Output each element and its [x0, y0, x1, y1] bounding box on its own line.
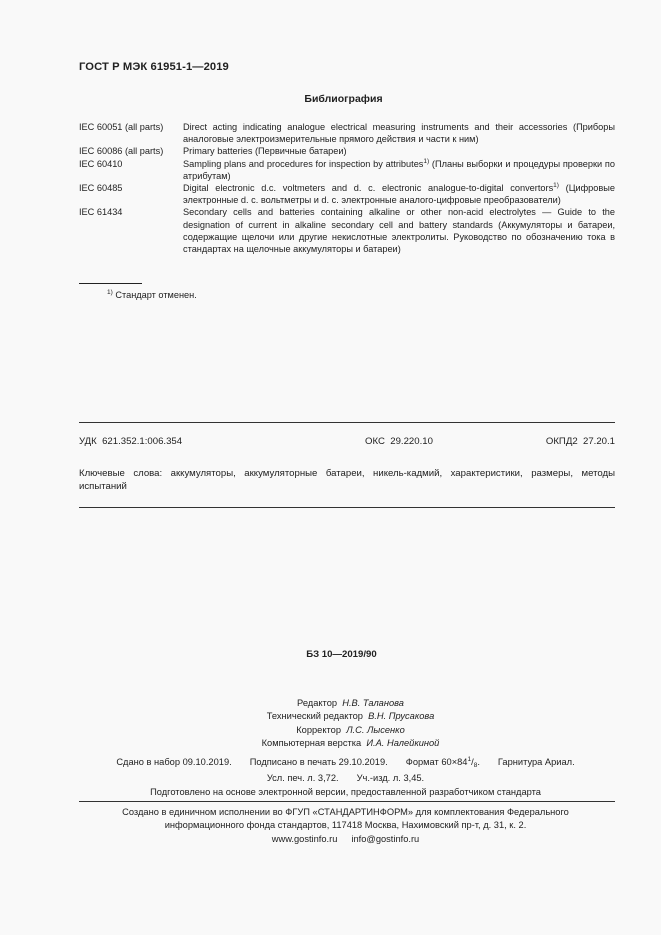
organization-info: Создано в единичном исполнении во ФГУП «…: [0, 806, 661, 846]
print-format: Формат 60×841/8.: [406, 757, 480, 767]
credit-editor: Редактор Н.В. Таланова: [40, 697, 661, 710]
credit-tech-editor: Технический редактор В.Н. Прусакова: [40, 710, 661, 723]
typeface: Гарнитура Ариал.: [498, 757, 575, 767]
signed-date: Подписано в печать 29.10.2019.: [250, 757, 388, 767]
credit-name: И.А. Налейкиной: [366, 738, 439, 748]
divider-org: [79, 801, 615, 802]
credit-name: В.Н. Прусакова: [368, 711, 434, 721]
classification-codes: УДК 621.352.1:006.354 ОКС 29.220.10 ОКПД…: [79, 436, 615, 447]
credit-role: Технический редактор: [267, 711, 363, 721]
footnote: 1) Стандарт отменен.: [107, 290, 197, 300]
entry-text-main: Digital electronic d.c. voltmeters and d…: [183, 183, 553, 193]
entry-text: Sampling plans and procedures for inspec…: [183, 158, 615, 182]
keywords: Ключевые слова: аккумуляторы, аккумулято…: [79, 467, 615, 493]
bz-number: БЗ 10—2019/90: [0, 649, 661, 660]
document-header: ГОСТ Р МЭК 61951-1—2019: [79, 61, 229, 73]
bibliography-entry: IEC 60086 (all parts) Primary batteries …: [79, 145, 615, 157]
credit-proofreader: Корректор Л.С. Лысенко: [40, 724, 661, 737]
format-label: Формат 60×84: [406, 757, 468, 767]
format-suffix: .: [477, 757, 480, 767]
email-link[interactable]: info@gostinfo.ru: [351, 834, 419, 844]
divider-top: [79, 422, 615, 423]
entry-text-main: Sampling plans and procedures for inspec…: [183, 159, 423, 169]
bibliography-entry: IEC 60051 (all parts) Direct acting indi…: [79, 121, 615, 145]
bibliography-entry: IEC 60485 Digital electronic d.c. voltme…: [79, 182, 615, 206]
footnote-divider: [79, 283, 142, 284]
udk-code: УДК 621.352.1:006.354: [79, 436, 182, 447]
bibliography-list: IEC 60051 (all parts) Direct acting indi…: [79, 121, 615, 255]
footnote-mark: 1): [107, 289, 113, 296]
footnote-text: Стандарт отменен.: [115, 290, 196, 300]
oks-code: ОКС 29.220.10: [365, 436, 433, 447]
credit-layout: Компьютерная верстка И.А. Налейкиной: [40, 737, 661, 750]
organization-line-1: Создано в единичном исполнении во ФГУП «…: [30, 806, 661, 819]
organization-contacts: www.gostinfo.ruinfo@gostinfo.ru: [30, 833, 661, 846]
bibliography-entry: IEC 61434 Secondary cells and batteries …: [79, 206, 615, 255]
credit-role: Компьютерная верстка: [262, 738, 362, 748]
okpd-code: ОКПД2 27.20.1: [546, 436, 615, 447]
entry-text: Direct acting indicating analogue electr…: [183, 121, 615, 145]
website-link[interactable]: www.gostinfo.ru: [272, 834, 338, 844]
submitted-date: Сдано в набор 09.10.2019.: [116, 757, 231, 767]
publication-info: Сдано в набор 09.10.2019.Подписано в печ…: [0, 756, 661, 799]
credit-name: Н.В. Таланова: [342, 698, 404, 708]
entry-text: Secondary cells and batteries containing…: [183, 206, 615, 255]
credits: Редактор Н.В. Таланова Технический редак…: [0, 697, 661, 751]
publication-sheets: Уч.-изд. л. 3,45.: [357, 773, 425, 783]
bibliography-entry: IEC 60410 Sampling plans and procedures …: [79, 158, 615, 182]
credit-role: Корректор: [296, 725, 341, 735]
organization-line-2: информационного фонда стандартов, 117418…: [30, 819, 661, 832]
entry-code: IEC 61434: [79, 206, 183, 255]
credit-name: Л.С. Лысенко: [346, 725, 405, 735]
divider-bottom: [79, 507, 615, 508]
publication-line-2: Усл. печ. л. 3,72.Уч.-изд. л. 3,45.: [30, 772, 661, 785]
entry-code: IEC 60485: [79, 182, 183, 206]
bibliography-title: Библиография: [0, 93, 661, 105]
entry-text: Primary batteries (Первичные батареи): [183, 145, 615, 157]
publication-line-3: Подготовлено на основе электронной верси…: [30, 786, 661, 799]
entry-code: IEC 60051 (all parts): [79, 121, 183, 145]
print-sheets: Усл. печ. л. 3,72.: [267, 773, 339, 783]
entry-text: Digital electronic d.c. voltmeters and d…: [183, 182, 615, 206]
format-numerator: 1: [467, 756, 471, 763]
credit-role: Редактор: [297, 698, 337, 708]
entry-code: IEC 60086 (all parts): [79, 145, 183, 157]
publication-line-1: Сдано в набор 09.10.2019.Подписано в печ…: [30, 756, 661, 772]
entry-code: IEC 60410: [79, 158, 183, 182]
